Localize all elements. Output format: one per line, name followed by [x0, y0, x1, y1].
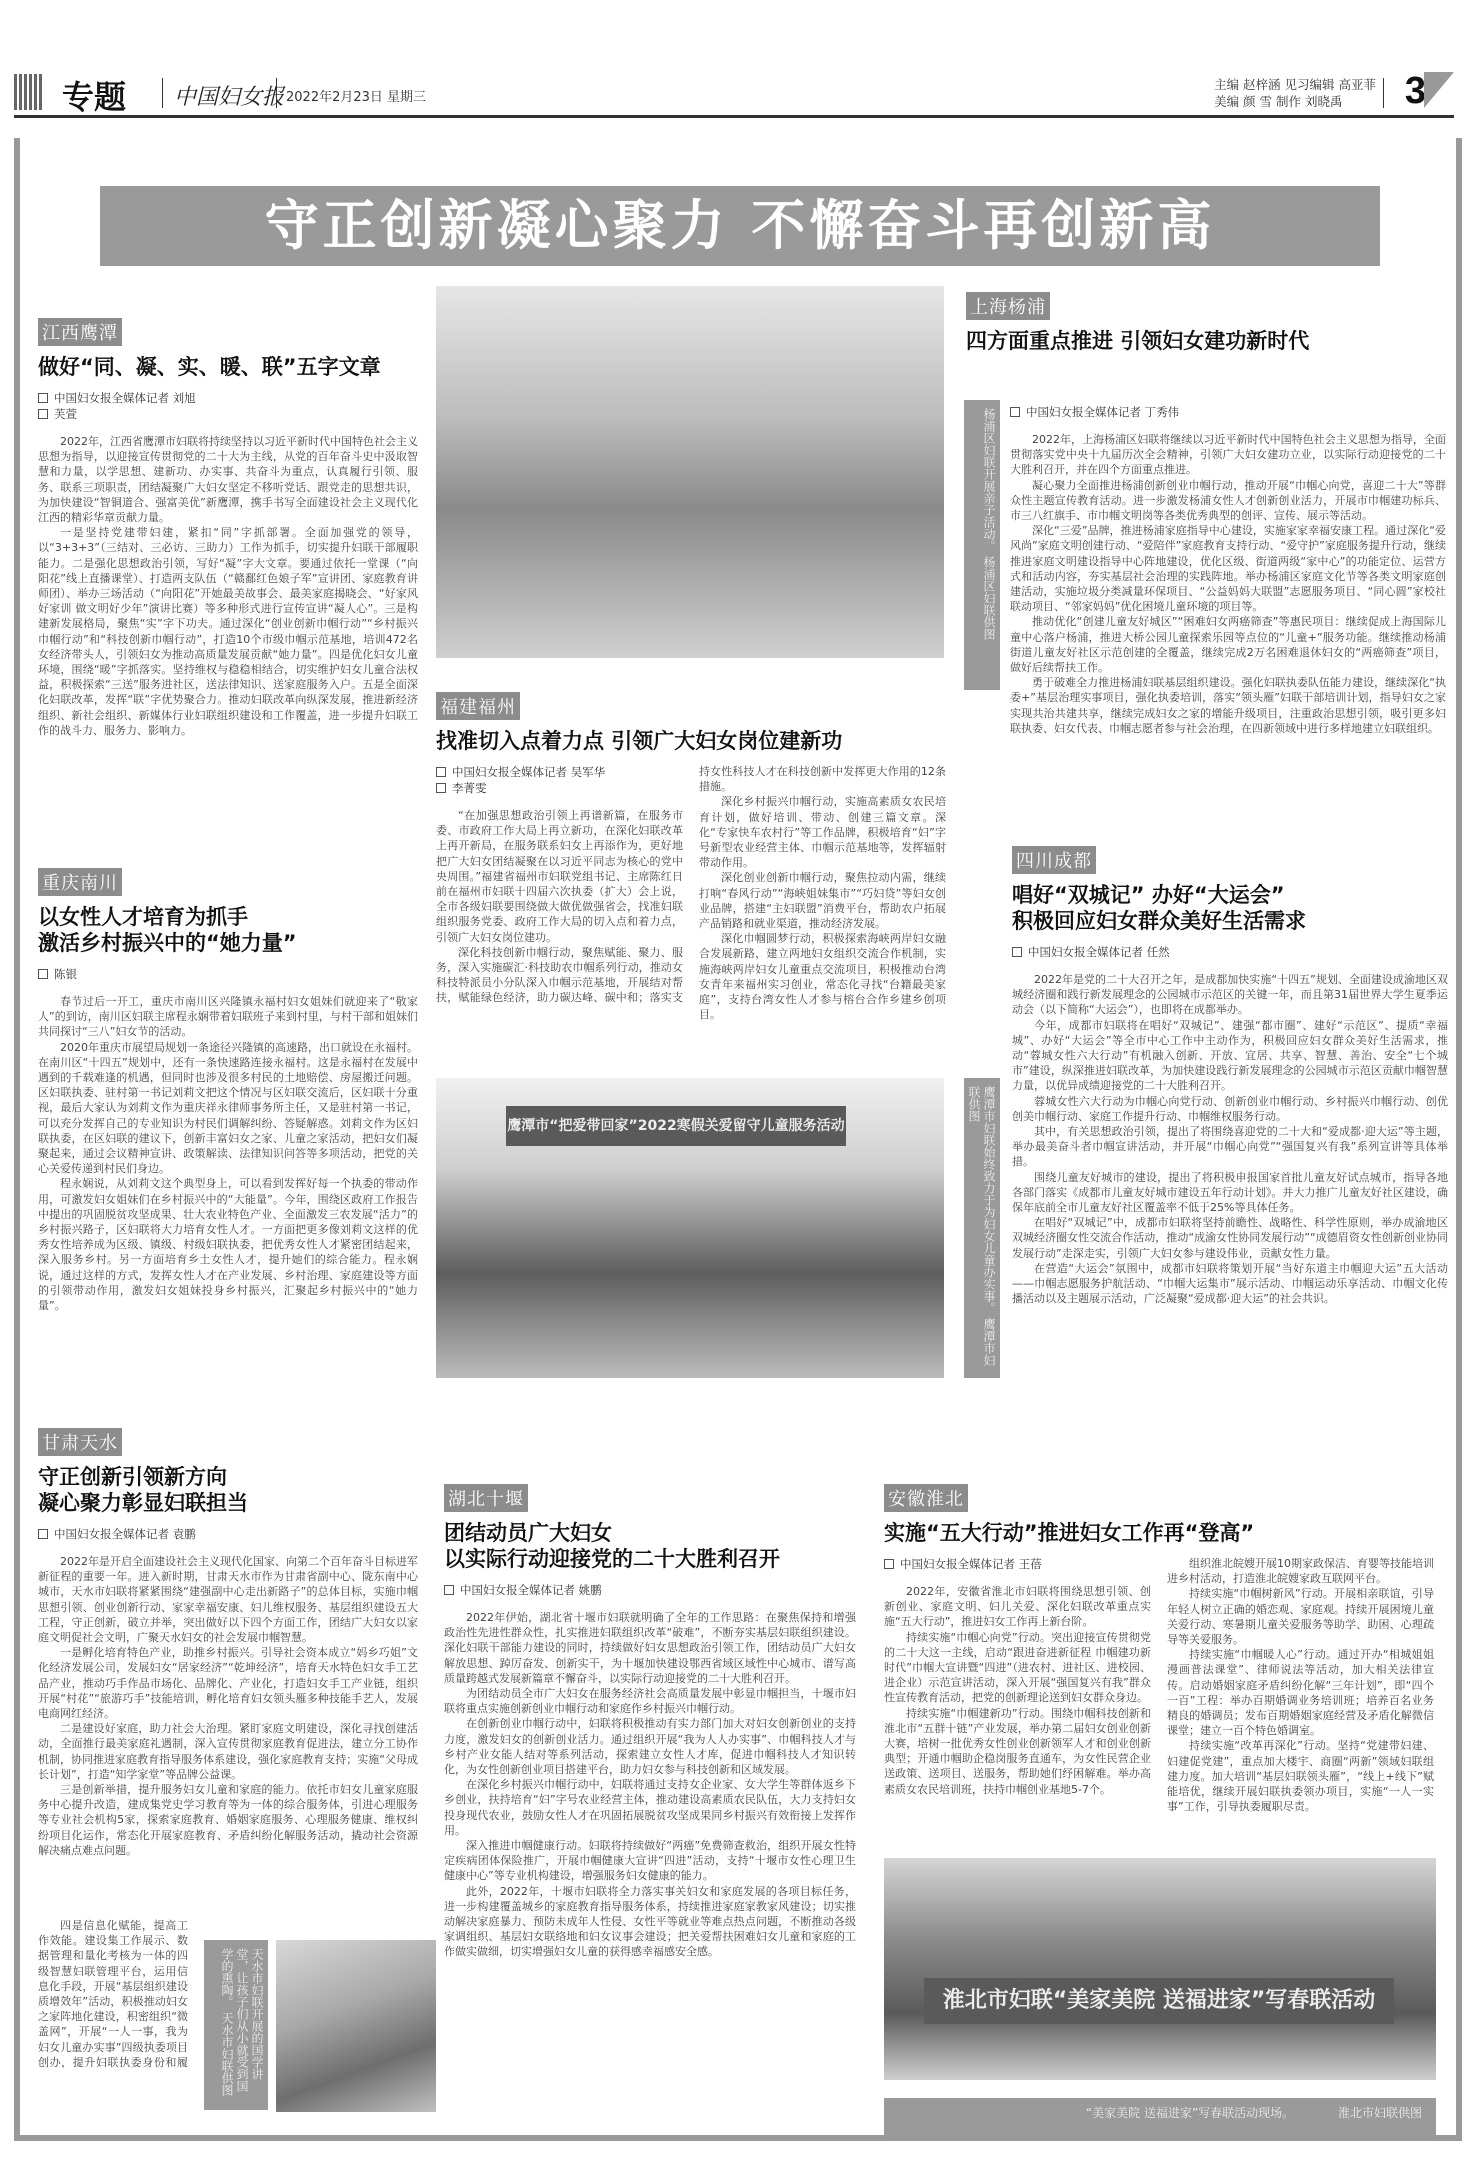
region-tag: 安徽淮北: [884, 1484, 968, 1512]
reporter-name: 中国妇女报全媒体记者 袁鹏: [54, 1527, 196, 1541]
paragraph: 围绕儿童友好城市的建设，提出了将积极申报国家首批儿童友好试点城市，指导各地各部门…: [1012, 1170, 1448, 1216]
divider: [162, 78, 163, 108]
paragraph: 深化乡村振兴巾帼行动，实施高素质女农民培育计划，做好培训、带动、创建三篇文章。深…: [699, 794, 946, 870]
article-body: 中国妇女报全媒体记者 吴军华 李菁雯 “在加强思想政治引领上再谱新篇，在服务市委…: [436, 764, 946, 1054]
article-headline: 四方面重点推进 引领妇女建功新时代: [966, 328, 1446, 354]
page-corner-icon: [1424, 72, 1454, 108]
paragraph: 一是坚持党建带妇建，紧扣“同”字抓部署。全面加强党的领导，以“3+3+3”（三结…: [38, 525, 418, 738]
byline-box-icon: [38, 393, 48, 403]
photo-caption-bar: “美家美院 送福进家”写春联活动现场。 淮北市妇联供图: [884, 2098, 1436, 2140]
byline-box-icon: [38, 969, 48, 979]
reporter-name: 中国妇女报全媒体记者 姚鹏: [460, 1583, 602, 1597]
paragraph: “在加强思想政治引领上再谱新篇，在服务市委、市政府工作大局上再立新功，在深化妇联…: [436, 808, 683, 945]
article-body: 2022年是开启全面建设社会主义现代化国家、向第二个百年奋斗目标进军新征程的重要…: [38, 1554, 418, 1914]
byline-box-icon: [884, 1559, 894, 1569]
headline-line: 团结动员广大妇女: [444, 1520, 856, 1546]
article-body: 2022年，江西省鹰潭市妇联将持续坚持以习近平新时代中国特色社会主义思想为指导，…: [38, 434, 418, 738]
headline-line: 积极回应妇女群众美好生活需求: [1012, 908, 1448, 934]
paragraph: 今年，成都市妇联将在唱好“双城记”、建强“都市圈”、建好“示范区”、提质“幸福城…: [1012, 1018, 1448, 1094]
article-headline: 找准切入点着力点 引领广大妇女岗位建新功: [436, 728, 946, 754]
paragraph: 组织淮北皖嫂开展10期家政保洁、育婴等技能培训进乡村活动，打造淮北皖嫂家政互联网…: [1167, 1556, 1434, 1586]
byline: 中国妇女报全媒体记者 吴军华: [436, 764, 683, 780]
paragraph: 2020年重庆市展望局规划一条途径兴隆镇的高速路，出口就设在永福村。在南川区“十…: [38, 1040, 418, 1177]
byline: 芙萱: [38, 406, 418, 422]
paragraph: 为团结动员全市广大妇女在服务经济社会高质量发展中彰显巾帼担当，十堰市妇联将重点实…: [444, 1686, 856, 1716]
article-headline: 以女性人才培育为抓手 激活乡村振兴中的“她力量”: [38, 904, 418, 956]
paragraph: 一是孵化培育特色产业，助推乡村振兴。引导社会资本成立“妈乡巧姐”文化经济发展公司…: [38, 1645, 418, 1721]
headline-line: 以女性人才培育为抓手: [38, 904, 418, 930]
paragraph: 持续实施“巾帼心向党”行动。突出迎接宣传贯彻党的二十大这一主线，启动“跟进奋进新…: [884, 1630, 1151, 1706]
paragraph: 深化“三爱”品牌，推进杨浦家庭指导中心建设，实施家家幸福安康工程。通过深化“爱风…: [1010, 523, 1446, 614]
article-headline: 团结动员广大妇女 以实际行动迎接党的二十大胜利召开: [444, 1520, 856, 1572]
editors-credit: 主编 赵梓涵 见习编辑 高亚菲 美编 颜 雪 制作 刘晓禹: [1214, 76, 1376, 110]
tianshui-classroom-photo: [276, 1940, 436, 2112]
paragraph: 凝心聚力全面推进杨浦创新创业巾帼行动，推动开展“巾帼心向党，喜迎二十大”等群众性…: [1010, 478, 1446, 524]
photo-credit: 淮北市妇联供图: [1338, 2106, 1422, 2120]
paragraph: 推动优化“创建儿童友好城区”“困难妇女两癌筛查”等惠民项目：继续促成上海国际儿童…: [1010, 614, 1446, 675]
region-tag: 福建福州: [436, 692, 520, 720]
byline: 中国妇女报全媒体记者 丁秀伟: [1010, 404, 1446, 420]
paragraph: 持续实施“巾帼建新功”行动。围绕巾帼科技创新和淮北市“五群十链”产业发展，举办第…: [884, 1706, 1151, 1797]
paragraph: 2022年是开启全面建设社会主义现代化国家、向第二个百年奋斗目标进军新征程的重要…: [38, 1554, 418, 1645]
article-hubei-shiyan: 湖北十堰 团结动员广大妇女 以实际行动迎接党的二十大胜利召开 中国妇女报全媒体记…: [444, 1484, 856, 2120]
byline-box-icon: [38, 1529, 48, 1539]
reporter-name: 陈银: [54, 967, 77, 981]
region-tag: 四川成都: [1012, 846, 1096, 874]
paragraph: 2022年，安徽省淮北市妇联将围绕思想引领、创新创业、家庭文明、妇儿关爱、深化妇…: [884, 1584, 1151, 1630]
yangpu-parent-child-photo: [436, 286, 944, 658]
headline-line: 凝心聚力彰显妇联担当: [38, 1490, 418, 1516]
photo-caption: 天水市妇联开展的国学讲堂，让孩子们从小就受到国学的熏陶。 天水市妇联供图: [204, 1940, 268, 2110]
byline: 中国妇女报全媒体记者 王蓓: [884, 1556, 1151, 1572]
paragraph: 三是创新举措，提升服务妇女儿童和家庭的能力。依托市妇女儿童家庭服务中心提升改造，…: [38, 1782, 418, 1858]
reporter-name: 中国妇女报全媒体记者 刘旭: [54, 391, 196, 405]
article-headline: 守正创新引领新方向 凝心聚力彰显妇联担当: [38, 1464, 418, 1516]
photo-banner-text: 鹰潭市“把爱带回家”2022寒假关爱留守儿童服务活动: [506, 1106, 846, 1146]
paragraph: 其中，有关思想政治引领，提出了将围绕喜迎党的二十大和“爱成都·迎大运”等主题，举…: [1012, 1124, 1448, 1170]
byline-box-icon: [444, 1585, 454, 1595]
headline-line: 以实际行动迎接党的二十大胜利召开: [444, 1546, 856, 1572]
page-number: 3: [1405, 70, 1426, 113]
byline: 陈银: [38, 966, 418, 982]
reporter-name: 中国妇女报全媒体记者 任然: [1028, 945, 1170, 959]
paragraph: 在深化乡村振兴巾帼行动中，妇联将通过支持女企业家、女大学生等群体返乡下乡创业，扶…: [444, 1777, 856, 1838]
paragraph: 四是信息化赋能，提高工作效能。建设集工作展示、数据管理和量化考核为一体的四级智慧…: [38, 1918, 188, 2068]
reporter-name: 李菁雯: [452, 781, 487, 795]
huaibei-couplets-photo: 淮北市妇联“美家美院 送福进家”写春联活动: [884, 1858, 1436, 2080]
article-shanghai-yangpu-body: 中国妇女报全媒体记者 丁秀伟 2022年，上海杨浦区妇联将继续以习近平新时代中国…: [1010, 404, 1446, 832]
article-chongqing-nanchuan: 重庆南川 以女性人才培育为抓手 激活乡村振兴中的“她力量” 陈银 春节过后一开工…: [38, 868, 418, 1313]
article-shanghai-yangpu: 上海杨浦 四方面重点推进 引领妇女建功新时代: [966, 292, 1446, 380]
headline-line: 唱好“双城记” 办好“大运会”: [1012, 882, 1448, 908]
article-jiangxi-yingtan: 江西鹰潭 做好“同、凝、实、暖、联”五字文章 中国妇女报全媒体记者 刘旭 芙萱 …: [38, 318, 418, 738]
byline: 中国妇女报全媒体记者 任然: [1012, 944, 1448, 960]
paragraph: 在创新创业巾帼行动中，妇联将积极推动有实力部门加大对妇女创新创业的支持力度，激发…: [444, 1716, 856, 1777]
byline-box-icon: [1010, 407, 1020, 417]
byline-box-icon: [1012, 947, 1022, 957]
masthead-rule: [14, 115, 1454, 118]
photo-caption: 鹰潭市妇联始终致力于为妇女儿童办实事。 鹰潭市妇联供图: [964, 1078, 1000, 1378]
headline-line: 守正创新引领新方向: [38, 1464, 418, 1490]
byline-box-icon: [436, 767, 446, 777]
region-tag: 甘肃天水: [38, 1428, 122, 1456]
byline: 李菁雯: [436, 780, 683, 796]
paragraph: 深化巾帼圆梦行动，积极探索海峡两岸妇女融合发展新路，建立两地妇女组织交流合作机制…: [699, 931, 946, 1022]
paragraph: 春节过后一开工，重庆市南川区兴隆镇永福村妇女姐妹们就迎来了“敬家人”的到访，南川…: [38, 994, 418, 1040]
paragraph: 深入推进巾帼健康行动。妇联将持续做好“两癌”免费筛查救治，组织开展女性特定疾病团…: [444, 1838, 856, 1884]
article-fujian-fuzhou: 福建福州 找准切入点着力点 引领广大妇女岗位建新功 中国妇女报全媒体记者 吴军华…: [436, 692, 946, 1054]
paragraph: 2022年，江西省鹰潭市妇联将持续坚持以习近平新时代中国特色社会主义思想为指导，…: [38, 434, 418, 525]
article-body: 春节过后一开工，重庆市南川区兴隆镇永福村妇女姐妹们就迎来了“敬家人”的到访，南川…: [38, 994, 418, 1313]
editors-line-2: 美编 颜 雪 制作 刘晓禹: [1214, 93, 1376, 110]
article-sichuan-chengdu: 四川成都 唱好“双城记” 办好“大运会” 积极回应妇女群众美好生活需求 中国妇女…: [1012, 846, 1448, 1412]
headline-line: 激活乡村振兴中的“她力量”: [38, 930, 418, 956]
divider: [276, 78, 277, 108]
article-headline: 实施“五大行动”推进妇女工作再“登高”: [884, 1520, 1434, 1546]
paragraph: 持续实施“改革再深化”行动。坚持“党建带妇建、妇建促党建”，重点加大楼宇、商圈“…: [1167, 1738, 1434, 1814]
article-headline: 唱好“双城记” 办好“大运会” 积极回应妇女群众美好生活需求: [1012, 882, 1448, 934]
article-body: 2022年是党的二十大召开之年，是成都加快实施“十四五”规划、全面建设成渝地区双…: [1012, 972, 1448, 1412]
page-banner: 守正创新凝心聚力 不懈奋斗再创新高: [100, 186, 1380, 266]
paragraph: 深化创业创新巾帼行动，聚焦拉动内需，继续打响“春风行动”“海峡姐妹集市”“巧妇贷…: [699, 870, 946, 931]
region-tag: 湖北十堰: [444, 1484, 528, 1512]
region-tag: 重庆南川: [38, 868, 122, 896]
byline-box-icon: [436, 783, 446, 793]
region-tag: 江西鹰潭: [38, 318, 122, 346]
article-body: 中国妇女报全媒体记者 王蓓 2022年，安徽省淮北市妇联将围绕思想引领、创新创业…: [884, 1556, 1434, 1886]
paragraph: 2022年是党的二十大召开之年，是成都加快实施“十四五”规划、全面建设成渝地区双…: [1012, 972, 1448, 1018]
article-headline: 做好“同、凝、实、暖、联”五字文章: [38, 354, 418, 380]
paragraph: 2022年，上海杨浦区妇联将继续以习近平新时代中国特色社会主义思想为指导，全面贯…: [1010, 432, 1446, 478]
paragraph: 持续实施“巾帼暖人心”行动。通过开办“相城姐姐漫画普法课堂”、律师说法等活动，加…: [1167, 1647, 1434, 1738]
paragraph: 2022年伊始，湖北省十堰市妇联就明确了全年的工作思路：在聚焦保持和增强政治性先…: [444, 1610, 856, 1686]
region-tag: 上海杨浦: [966, 292, 1050, 320]
paragraph: 在唱好“双城记”中，成都市妇联将坚持前瞻性、战略性、科学性原则，举办成渝地区双城…: [1012, 1215, 1448, 1261]
paragraph: 持续实施“巾帼树新风”行动。开展相亲联谊，引导年轻人树立正确的婚恋观、家庭观。持…: [1167, 1586, 1434, 1647]
paragraph: 蓉城女性六大行动为巾帼心向党行动、创新创业巾帼行动、乡村振兴巾帼行动、创优创美巾…: [1012, 1094, 1448, 1124]
photo-caption: “美家美院 送福进家”写春联活动现场。: [1086, 2106, 1294, 2120]
masthead: 专题 中国妇女报 2022年2月23日 星期三 主编 赵梓涵 见习编辑 高亚菲 …: [14, 70, 1454, 116]
article-body: 2022年，上海杨浦区妇联将继续以习近平新时代中国特色社会主义思想为指导，全面贯…: [1010, 432, 1446, 832]
paragraph: 勇于破难全力推进杨浦妇联基层组织建设。强化妇联执委队伍能力建设，继续深化“执委+…: [1010, 675, 1446, 736]
byline: 中国妇女报全媒体记者 袁鹏: [38, 1526, 418, 1542]
article-anhui-huaibei: 安徽淮北 实施“五大行动”推进妇女工作再“登高” 中国妇女报全媒体记者 王蓓 2…: [884, 1484, 1434, 1886]
reporter-name: 中国妇女报全媒体记者 王蓓: [900, 1557, 1042, 1571]
editors-line-1: 主编 赵梓涵 见习编辑 高亚菲: [1214, 76, 1376, 93]
photo-caption: 杨浦区妇联开展亲子活动。 杨浦区妇联供图: [964, 400, 1000, 690]
paragraph: 在营造“大运会”氛围中，成都市妇联将策划开展“当好东道主巾帼迎大运”五大活动——…: [1012, 1261, 1448, 1307]
article-body-tail: 四是信息化赋能，提高工作效能。建设集工作展示、数据管理和量化考核为一体的四级智慧…: [38, 1918, 188, 2068]
reporter-name: 中国妇女报全媒体记者 吴军华: [452, 765, 605, 779]
qr-code-icon: [14, 74, 44, 110]
paragraph: 二是建设好家庭，助力社会大治理。紧盯家庭文明建设，深化寻找创建活动，全面推行最美…: [38, 1721, 418, 1782]
reporter-name: 芙萱: [54, 407, 77, 421]
section-name: 专题: [62, 72, 126, 118]
photo-banner-text: 淮北市妇联“美家美院 送福进家”写春联活动: [924, 1978, 1394, 2024]
paragraph: 此外，2022年，十堰市妇联将全力落实事关妇女和家庭发展的各项目标任务，进一步构…: [444, 1884, 856, 1960]
article-body: 2022年伊始，湖北省十堰市妇联就明确了全年的工作思路：在聚焦保持和增强政治性先…: [444, 1610, 856, 2120]
yingtan-children-photo: 鹰潭市“把爱带回家”2022寒假关爱留守儿童服务活动: [436, 1078, 944, 1378]
paragraph: 程永娴说，从刘莉文这个典型身上，可以看到发挥好每一个执委的带动作用，可激发妇女姐…: [38, 1176, 418, 1313]
issue-date: 2022年2月23日 星期三: [286, 86, 426, 105]
byline: 中国妇女报全媒体记者 姚鹏: [444, 1582, 856, 1598]
paper-logo: 中国妇女报: [174, 80, 284, 111]
byline-box-icon: [38, 409, 48, 419]
byline: 中国妇女报全媒体记者 刘旭: [38, 390, 418, 406]
reporter-name: 中国妇女报全媒体记者 丁秀伟: [1026, 405, 1179, 419]
divider: [1383, 78, 1384, 108]
